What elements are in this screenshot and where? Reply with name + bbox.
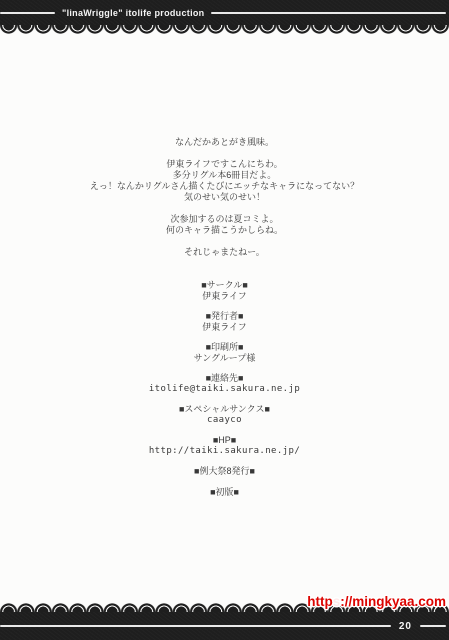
afterword-paragraph: それじゃまたねー。 xyxy=(0,247,449,258)
afterword-line: えっ！なんかリグルさん描くたびにエッチなキャラになってない？ xyxy=(0,181,449,192)
colophon-section-special-thanks: ■スペシャルサンクス■ caayco xyxy=(0,404,449,425)
footer-rule-right xyxy=(420,625,446,627)
colophon-heading: ■初版■ xyxy=(0,487,449,498)
production-title: "linaWriggle" itolife production xyxy=(62,8,204,18)
colophon-section-homepage: ■HP■ http://taiki.sakura.ne.jp/ xyxy=(0,435,449,456)
top-banner: "linaWriggle" itolife production xyxy=(0,0,449,25)
scanlation-watermark: https://mingkyaa.com xyxy=(307,594,446,609)
colophon-heading: ■スペシャルサンクス■ xyxy=(0,404,449,415)
colophon-heading: ■サークル■ xyxy=(0,280,449,291)
banner-rule-right xyxy=(211,12,446,14)
afterword-paragraph: なんだかあとがき風味。 xyxy=(0,137,449,148)
afterword-text: なんだかあとがき風味。 伊東ライフですこんにちわ。 多分リグル本6冊目だよ。 え… xyxy=(0,137,449,258)
colophon-section-contact: ■連絡先■ itolife@taiki.sakura.ne.jp xyxy=(0,373,449,394)
colophon-section-event: ■例大祭8発行■ xyxy=(0,466,449,477)
afterword-line: なんだかあとがき風味。 xyxy=(175,137,274,147)
banner-rule-left xyxy=(0,12,55,14)
contact-email: itolife@taiki.sakura.ne.jp xyxy=(0,384,449,395)
footer-rule-left xyxy=(0,625,391,627)
colophon-section-edition: ■初版■ xyxy=(0,487,449,498)
colophon-heading: ■印刷所■ xyxy=(0,342,449,353)
colophon-value: 伊東ライフ xyxy=(0,322,449,333)
colophon-value: caayco xyxy=(0,415,449,426)
afterword-line: 伊東ライフですこんにちわ。 xyxy=(0,159,449,170)
colophon-heading: ■発行者■ xyxy=(0,311,449,322)
colophon-section-printer: ■印刷所■ サングループ様 xyxy=(0,342,449,363)
afterword-line: 次参加するのは夏コミよ。 xyxy=(0,214,449,225)
afterword-line: それじゃまたねー。 xyxy=(184,247,265,257)
homepage-url: http://taiki.sakura.ne.jp/ xyxy=(0,446,449,457)
colophon-heading: ■連絡先■ xyxy=(0,373,449,384)
colophon-section-circle: ■サークル■ 伊東ライフ xyxy=(0,280,449,301)
lace-border-top xyxy=(0,25,449,36)
watermark-suffix: ://mingkyaa.com xyxy=(340,594,446,609)
colophon-heading: ■例大祭8発行■ xyxy=(0,466,449,477)
scanned-afterword-page: "linaWriggle" itolife production なんだかあとが… xyxy=(0,0,449,640)
page-number: 20 xyxy=(399,621,412,632)
page-content: なんだかあとがき風味。 伊東ライフですこんにちわ。 多分リグル本6冊目だよ。 え… xyxy=(0,36,449,601)
afterword-line: 多分リグル本6冊目だよ。 xyxy=(0,170,449,181)
colophon-section-publisher: ■発行者■ 伊東ライフ xyxy=(0,311,449,332)
colophon-value: 伊東ライフ xyxy=(0,291,449,302)
afterword-line: 気のせい気のせい！ xyxy=(0,192,449,203)
colophon: ■サークル■ 伊東ライフ ■発行者■ 伊東ライフ ■印刷所■ サングループ様 ■… xyxy=(0,280,449,497)
watermark-prefix: http xyxy=(307,594,332,609)
colophon-value: サングループ様 xyxy=(0,353,449,364)
colophon-heading: ■HP■ xyxy=(0,435,449,446)
bottom-banner: 20 xyxy=(0,612,449,640)
afterword-line: 何のキャラ描こうかしらね。 xyxy=(0,225,449,236)
